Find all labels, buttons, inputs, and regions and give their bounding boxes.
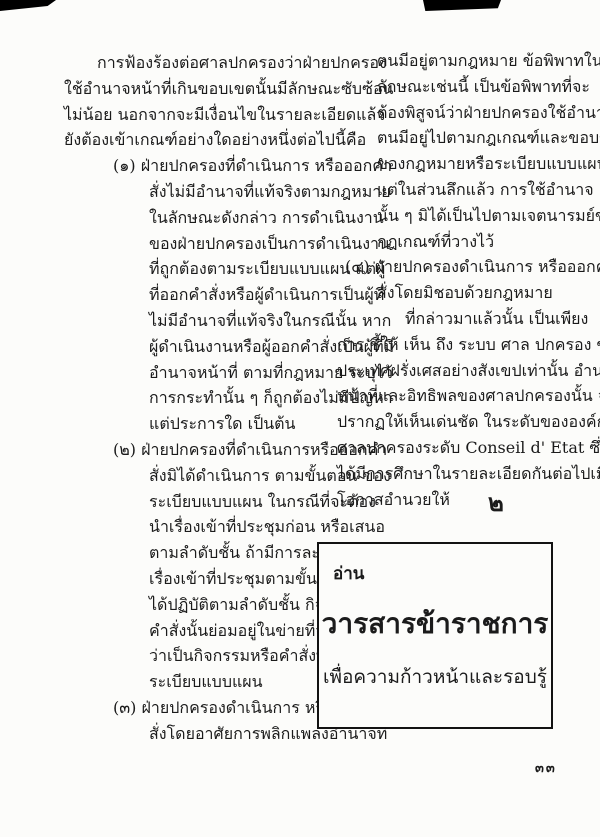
page-number: ๓๓ bbox=[535, 757, 557, 778]
text-line: ไม่มีอำนาจที่แท้จริงในกรณีนั้น หาก bbox=[64, 308, 316, 334]
text-line: ระเบียบแบบแผน bbox=[64, 669, 316, 695]
text-line: สั่งไม่มีอำนาจที่แท้จริงตามกฎหมาย bbox=[64, 179, 316, 205]
text-line: นั้น ๆ มิได้เป็นไปตามเจตนารมย์ของ bbox=[337, 203, 582, 229]
text-line: ไม่น้อย นอกจากจะมีเงื่อนไขในรายละเอียดแล… bbox=[64, 102, 316, 128]
text-line: ประเทศฝรั่งเศสอย่างสังเขปเท่านั้น อำนาจ bbox=[337, 358, 582, 384]
text-line: การฟ้องร้องต่อศาลปกครองว่าฝ่ายปกครอง bbox=[64, 50, 316, 76]
text-line: ตนมีอยู่ตามกฎหมาย ข้อพิพาทใน bbox=[337, 48, 582, 74]
text-line: ได้ปฏิบัติตามลำดับชั้น กิจกรรมหรือ bbox=[64, 592, 316, 618]
text-line: ว่าเป็นกิจกรรมหรือคำสั่งที่มิชอบด้วย bbox=[64, 643, 316, 669]
text-column-right: ตนมีอยู่ตามกฎหมาย ข้อพิพาทในลักษณะเช่นนี… bbox=[337, 48, 582, 512]
text-line: ต้องพิสูจน์ว่าฝ่ายปกครองใช้อำนาจที่ bbox=[337, 100, 582, 126]
text-line: ของฝ่ายปกครองเป็นการดำเนินงาน bbox=[64, 231, 316, 257]
text-line: สั่งโดยมิชอบด้วยกฎหมาย bbox=[337, 280, 582, 306]
scan-artifact-mark-top-right bbox=[423, 0, 501, 11]
text-line: ลักษณะเช่นนี้ เป็นข้อพิพาทที่จะ bbox=[337, 74, 582, 100]
text-line: สั่งมิได้ดำเนินการ ตามขั้นตอน ของ bbox=[64, 463, 316, 489]
text-line: นำเรื่องเข้าที่ประชุมก่อน หรือเสนอ bbox=[64, 514, 316, 540]
text-line: ศาลปกครองระดับ Conseil d' Etat ซึ่งจะ bbox=[337, 435, 582, 461]
text-line: หน้าที่และอิทธิพลของศาลปกครองนั้น จะ bbox=[337, 383, 582, 409]
text-line: (๒) ฝ่ายปกครองที่ดำเนินการหรือออกคำ bbox=[64, 437, 316, 463]
text-line: โอกาสอำนวยให้ bbox=[337, 487, 582, 513]
scan-artifact-mark-top-left bbox=[0, 0, 56, 11]
text-line: เรื่องเข้าที่ประชุมตามขั้นตอนหรือมิ bbox=[64, 566, 316, 592]
text-line: แต่ในส่วนลึกแล้ว การใช้อำนาจ bbox=[337, 177, 582, 203]
text-line: ที่ถูกต้องตามระเบียบแบบแผน แต่ผู้ bbox=[64, 256, 316, 282]
text-line: ได้มีการศึกษาในรายละเอียดกันต่อไปเมื่อ bbox=[337, 461, 582, 487]
text-line: ตามลำดับชั้น ถ้ามีการละเลยมิได้นำ bbox=[64, 540, 316, 566]
text-line: การกระทำนั้น ๆ ก็ถูกต้องไม่มีปัญหา bbox=[64, 385, 316, 411]
text-line: การ ชี้ให้ เห็น ถึง ระบบ ศาล ปกครอง ของ bbox=[337, 332, 582, 358]
text-line: ผู้ดำเนินงานหรือผู้ออกคำสั่งเป็นผู้ที่มี bbox=[64, 334, 316, 360]
ad-read-label: อ่าน bbox=[333, 560, 364, 587]
text-line: คำสั่งนั้นย่อมอยู่ในข่ายที่จะฟ้องร้อง bbox=[64, 618, 316, 644]
text-line: แต่ประการใด เป็นต้น bbox=[64, 411, 316, 437]
text-line: ตนมีอยู่ไปตามกฎเกณฑ์และขอบข่าย bbox=[337, 125, 582, 151]
text-line: ระเบียบแบบแผน ในกรณีที่จะต้อง bbox=[64, 489, 316, 515]
text-column-left: การฟ้องร้องต่อศาลปกครองว่าฝ่ายปกครองใช้อ… bbox=[64, 50, 316, 747]
text-line: (๔) ฝ่ายปกครองดำเนินการ หรือออกคำ bbox=[337, 254, 582, 280]
text-line: ที่กล่าวมาแล้วนั้น เป็นเพียง bbox=[337, 306, 582, 332]
ad-journal-subtitle: เพื่อความก้าวหน้าและรอบรู้ bbox=[319, 662, 551, 692]
end-of-article-mark: ๒ bbox=[488, 490, 504, 516]
text-line: ใช้อำนาจหน้าที่เกินขอบเขตนั้นมีลักษณะซับ… bbox=[64, 76, 316, 102]
text-line: ยังต้องเข้าเกณฑ์อย่างใดอย่างหนึ่งต่อไปนี… bbox=[64, 127, 316, 153]
text-line: (๑) ฝ่ายปกครองที่ดำเนินการ หรือออกคำ bbox=[64, 153, 316, 179]
journal-ad-box: อ่าน วารสารข้าราชการ เพื่อความก้าวหน้าแล… bbox=[317, 542, 553, 729]
text-line: ของกฎหมายหรือระเบียบแบบแผน bbox=[337, 151, 582, 177]
text-line: อำนาจหน้าที่ ตามที่กฎหมาย ระบุไว้ bbox=[64, 360, 316, 386]
ad-journal-title: วารสารข้าราชการ bbox=[319, 602, 551, 646]
text-line: (๓) ฝ่ายปกครองดำเนินการ หรือออกคำ bbox=[64, 695, 316, 721]
text-line: กฎเกณฑ์ที่วางไว้ bbox=[337, 229, 582, 255]
text-line: สั่งโดยอาศัยการพลิกแพลงอำนาจที่ bbox=[64, 721, 316, 747]
scanned-document-page: การฟ้องร้องต่อศาลปกครองว่าฝ่ายปกครองใช้อ… bbox=[0, 0, 600, 837]
text-line: ปรากฏให้เห็นเด่นชัด ในระดับขององค์กร bbox=[337, 409, 582, 435]
text-line: ที่ออกคำสั่งหรือผู้ดำเนินการเป็นผู้ที่ bbox=[64, 282, 316, 308]
text-line: ในลักษณะดังกล่าว การดำเนินงาน bbox=[64, 205, 316, 231]
